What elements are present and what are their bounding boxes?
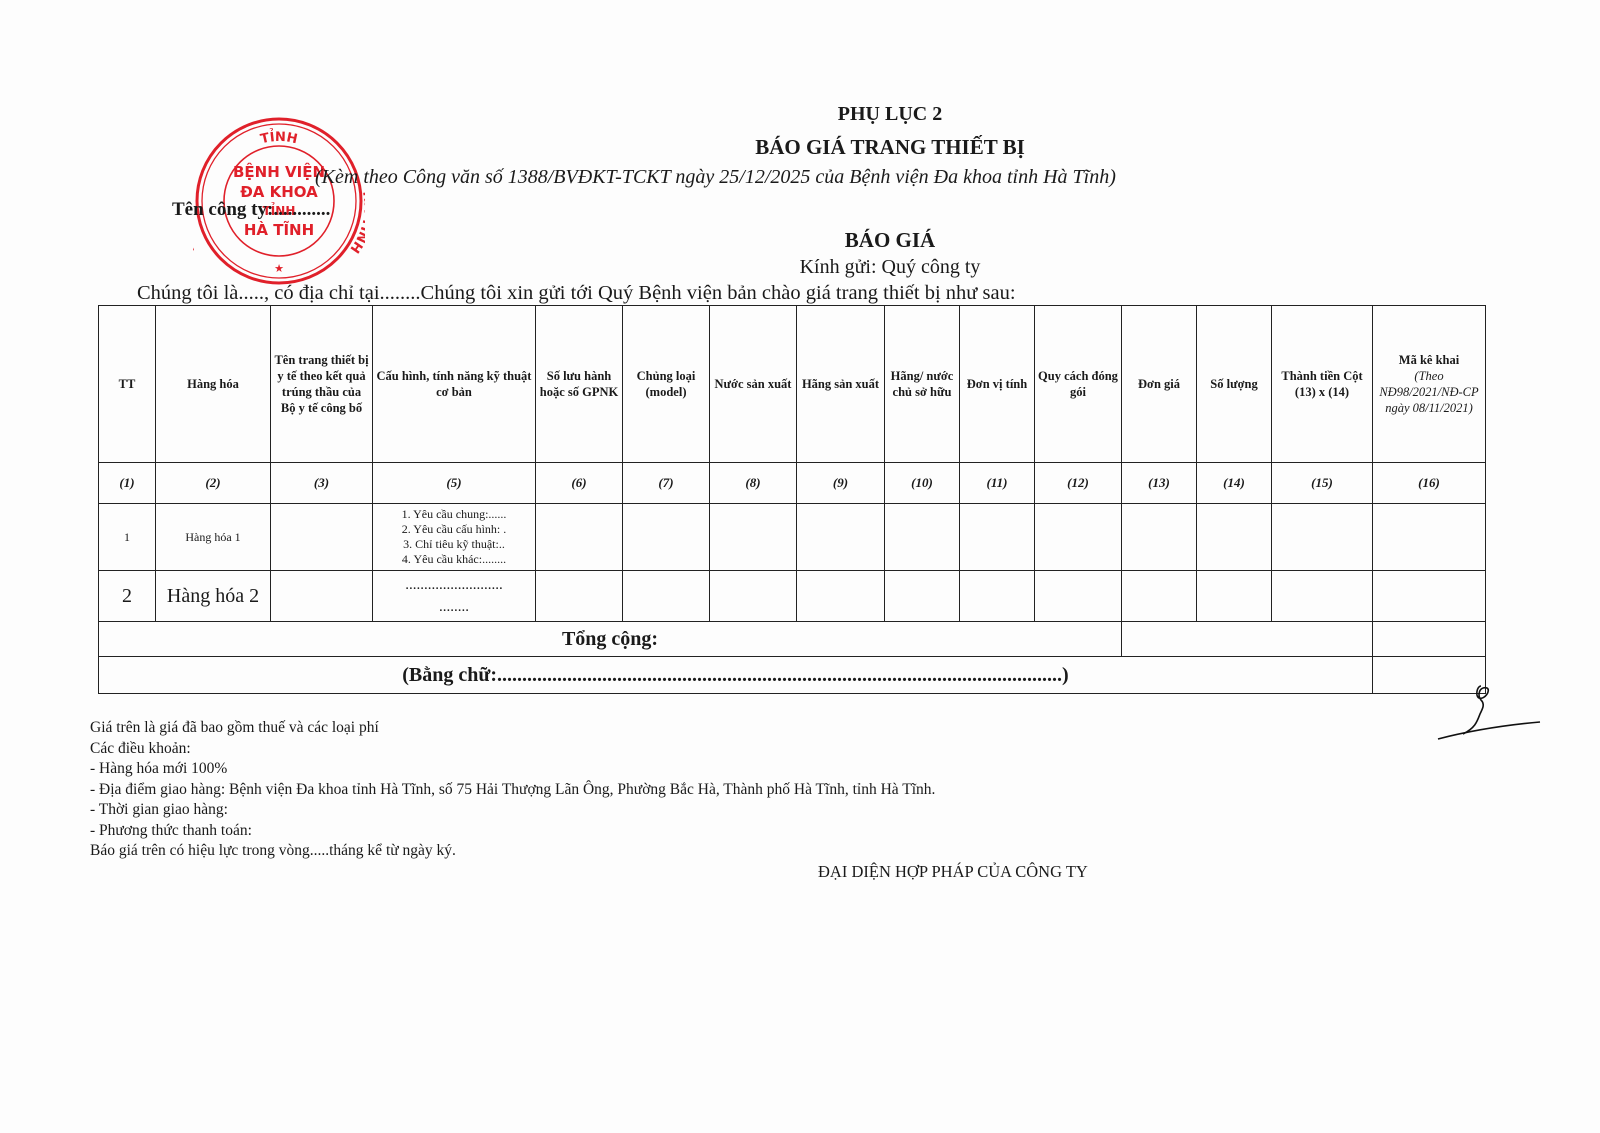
empty-cell — [1197, 504, 1272, 571]
column-number: (8) — [710, 463, 797, 504]
amount-in-words: (Bằng chữ:..............................… — [99, 657, 1373, 694]
column-number: (13) — [1122, 463, 1197, 504]
legal-representative-label: ĐẠI DIỆN HỢP PHÁP CỦA CÔNG TY — [818, 862, 1088, 882]
empty-cell — [271, 504, 373, 571]
appendix-label: PHỤ LỤC 2 — [0, 103, 1600, 126]
column-number: (1) — [99, 463, 156, 504]
empty-cell — [710, 571, 797, 622]
empty-cell — [1373, 622, 1486, 657]
row-number: 1 — [99, 504, 156, 571]
empty-cell — [885, 504, 960, 571]
column-number: (12) — [1035, 463, 1122, 504]
header-cell: Đơn vị tính — [960, 306, 1035, 463]
empty-cell — [1197, 571, 1272, 622]
item-name: Hàng hóa 1 — [156, 504, 271, 571]
spec-line: 4. Yêu cầu khác:........ — [376, 552, 532, 567]
column-number: (11) — [960, 463, 1035, 504]
empty-cell — [710, 504, 797, 571]
table-row: 1 Hàng hóa 1 1. Yêu cầu chung:...... 2. … — [99, 504, 1486, 571]
row-number: 2 — [99, 571, 156, 622]
table-header-row: TT Hàng hóa Tên trang thiết bị y tế theo… — [99, 306, 1486, 463]
item-specs: 1. Yêu cầu chung:...... 2. Yêu cầu cấu h… — [373, 504, 536, 571]
header-cell: Mã kê khai (Theo NĐ98/2021/NĐ-CP ngày 08… — [1373, 306, 1486, 463]
empty-cell — [536, 504, 623, 571]
column-number: (7) — [623, 463, 710, 504]
empty-cell — [536, 571, 623, 622]
empty-cell — [1272, 504, 1373, 571]
empty-cell — [623, 571, 710, 622]
total-value — [1122, 622, 1373, 657]
header-cell-note: (Theo NĐ98/2021/NĐ-CP ngày 08/11/2021) — [1376, 368, 1482, 416]
svg-text:BỆNH VIỆN: BỆNH VIỆN — [233, 161, 325, 181]
terms-section: Giá trên là giá đã bao gồm thuế và các l… — [90, 718, 935, 862]
header-cell: Cấu hình, tính năng kỹ thuật cơ bản — [373, 306, 536, 463]
document-subtitle: (Kèm theo Công văn số 1388/BVĐKT-TCKT ng… — [315, 166, 1116, 189]
header-cell: Chủng loại (model) — [623, 306, 710, 463]
item-specs: .......................... ........ — [373, 571, 536, 622]
spec-line: 2. Yêu cầu cấu hình: . — [376, 522, 532, 537]
column-number: (2) — [156, 463, 271, 504]
empty-cell — [1272, 571, 1373, 622]
empty-cell — [623, 504, 710, 571]
empty-cell — [1373, 571, 1486, 622]
document-title: BÁO GIÁ TRANG THIẾT BỊ — [0, 135, 1600, 160]
recipient-line: Kính gửi: Quý công ty — [0, 256, 1600, 279]
empty-cell — [1122, 571, 1197, 622]
header-cell: Số lượng — [1197, 306, 1272, 463]
spec-line: 1. Yêu cầu chung:...... — [376, 507, 532, 522]
header-cell: Nước sản xuất — [710, 306, 797, 463]
header-cell: Tên trang thiết bị y tế theo kết quả trú… — [271, 306, 373, 463]
total-label: Tổng cộng: — [99, 622, 1122, 657]
header-cell: Số lưu hành hoặc số GPNK — [536, 306, 623, 463]
intro-text: Chúng tôi là....., có địa chỉ tại.......… — [137, 282, 1016, 305]
header-cell-label: Mã kê khai — [1376, 352, 1482, 368]
empty-cell — [271, 571, 373, 622]
column-number-row: (1) (2) (3) (5) (6) (7) (8) (9) (10) (11… — [99, 463, 1486, 504]
quote-table: TT Hàng hóa Tên trang thiết bị y tế theo… — [98, 305, 1486, 694]
spec-line: .......................... — [376, 574, 532, 596]
column-number: (3) — [271, 463, 373, 504]
note-line: - Địa điểm giao hàng: Bệnh viện Đa khoa … — [90, 780, 935, 801]
company-name-field: Tên công ty:............ — [172, 199, 330, 221]
header-cell: Đơn giá — [1122, 306, 1197, 463]
column-number: (16) — [1373, 463, 1486, 504]
note-line: - Thời gian giao hàng: — [90, 800, 935, 821]
column-number: (15) — [1272, 463, 1373, 504]
table-row: 2 Hàng hóa 2 .......................... … — [99, 571, 1486, 622]
amount-in-words-row: (Bằng chữ:..............................… — [99, 657, 1486, 694]
header-cell: Hàng hóa — [156, 306, 271, 463]
empty-cell — [960, 571, 1035, 622]
column-number: (10) — [885, 463, 960, 504]
header-cell: TT — [99, 306, 156, 463]
column-number: (5) — [373, 463, 536, 504]
total-row: Tổng cộng: — [99, 622, 1486, 657]
empty-cell — [797, 504, 885, 571]
header-cell: Hãng/ nước chủ sở hữu — [885, 306, 960, 463]
spec-line: ........ — [376, 596, 532, 618]
header-cell: Thành tiền Cột (13) x (14) — [1272, 306, 1373, 463]
empty-cell — [960, 504, 1035, 571]
empty-cell — [885, 571, 960, 622]
header-cell: Hãng sản xuất — [797, 306, 885, 463]
note-line: Giá trên là giá đã bao gồm thuế và các l… — [90, 718, 935, 739]
quote-title: BÁO GIÁ — [0, 228, 1600, 253]
signature-mark-icon — [1435, 682, 1545, 752]
empty-cell — [797, 571, 885, 622]
empty-cell — [1035, 571, 1122, 622]
header-cell: Quy cách đóng gói — [1035, 306, 1122, 463]
note-line: - Hàng hóa mới 100% — [90, 759, 935, 780]
empty-cell — [1122, 504, 1197, 571]
spec-line: 3. Chỉ tiêu kỹ thuật:.. — [376, 537, 532, 552]
empty-cell — [1373, 504, 1486, 571]
column-number: (14) — [1197, 463, 1272, 504]
column-number: (6) — [536, 463, 623, 504]
empty-cell — [1035, 504, 1122, 571]
item-name: Hàng hóa 2 — [156, 571, 271, 622]
note-line: - Phương thức thanh toán: — [90, 821, 935, 842]
column-number: (9) — [797, 463, 885, 504]
note-line: Các điều khoản: — [90, 739, 935, 760]
note-line: Báo giá trên có hiệu lực trong vòng.....… — [90, 841, 935, 862]
